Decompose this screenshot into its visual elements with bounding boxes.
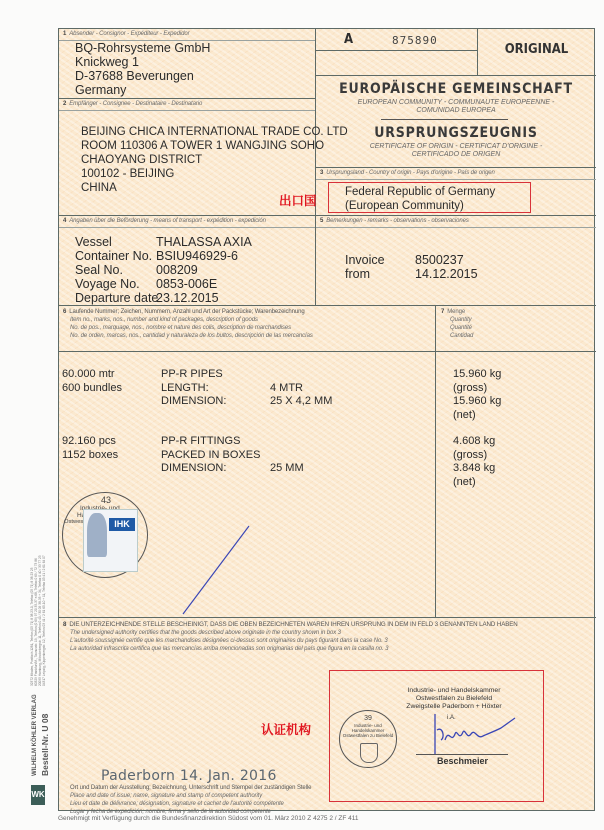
box-consignor: 1Absender - Consignor - Expéditeur - Exp… [59, 29, 316, 99]
transport-key: Vessel [75, 235, 112, 249]
ihk-figure-icon [87, 513, 107, 557]
box-consignor-label: 1Absender - Consignor - Expéditeur - Exp… [63, 31, 189, 37]
box-remarks-label: 5Bemerkungen - remarks - observations - … [320, 218, 469, 224]
consignor-line: Knickweg 1 [75, 55, 139, 69]
doc-subtitle: CERTIFICATE OF ORIGIN - CERTIFICAT D'ORI… [316, 143, 596, 151]
box-transport: 4Angaben über die Beförderung - means of… [59, 216, 316, 306]
publisher-addresses: 32372 Minden, Postfach 1281, Telefon (05… [30, 555, 46, 686]
cert-statement-fr: L'autorité soussignée certifie que les m… [70, 638, 388, 644]
cancel-stroke [179, 522, 254, 617]
signature-line [416, 754, 508, 755]
goods-weight: 3.848 kg [453, 462, 495, 475]
goods-spec-value: 25 X 4,2 MM [270, 395, 332, 408]
box-goods-label: Item no., marks, nos., number and kind o… [70, 317, 258, 323]
box-goods-label: 6Laufende Nummer; Zeichen, Nummern, Anza… [63, 309, 305, 315]
box-quantity-label: 7Menge [441, 309, 465, 315]
authority-seal: 39 Industrie- und Handelskammer Ostwestf… [339, 710, 397, 768]
cert-statement-es: La autoridad infrascrita certifica que l… [70, 646, 388, 652]
certificate-number: 875890 [392, 34, 438, 47]
annotation-export-country: 出口国 [279, 191, 317, 209]
place-and-date-stamp: Paderborn 14. Jan. 2016 [101, 768, 277, 784]
signature-caption: Ort und Datum der Ausstellung; Bezeichnu… [70, 785, 311, 791]
annotation-highlight-country [328, 182, 531, 213]
transport-key: Voyage No. [75, 277, 140, 291]
goods-description: PACKED IN BOXES [161, 449, 260, 462]
consignee-line: CHINA [81, 181, 117, 195]
cert-statement-de: 8DIE UNTERZEICHNENDE STELLE BESCHEINIGT,… [63, 621, 518, 628]
goods-spec-key: LENGTH: [161, 382, 209, 395]
transport-value: THALASSA AXIA [156, 235, 252, 249]
seal-number: 39 [340, 715, 396, 722]
goods-spec-key: DIMENSION: [161, 462, 226, 475]
goods-weight: (gross) [453, 449, 487, 462]
annotation-certifying-authority: 认证机构 [261, 720, 311, 738]
publisher-logo: WK [31, 785, 45, 805]
goods-weight: (net) [453, 409, 476, 422]
box-country-label: 3Ursprungsland - Country of origin - Pay… [320, 170, 495, 176]
box-quantity-label: Cantidad [450, 333, 473, 339]
goods-quantity: 600 bundles [62, 382, 122, 395]
approval-footer: Genehmigt mit Verfügung durch die Bundes… [58, 815, 359, 822]
box-goods-label: No. de orden, marcas, nos., cantidad y n… [70, 333, 313, 339]
goods-quantity: 92.160 pcs [62, 435, 116, 448]
transport-key: Container No. [75, 249, 152, 263]
box-goods-body: 60.000 mtr600 bundlesPP-R PIPESLENGTH:4 … [59, 352, 436, 618]
goods-weight: 15.960 kg [453, 368, 501, 381]
title-subtitle: EUROPEAN COMMUNITY - COMMUNAUTE EUROPEEN… [316, 99, 596, 107]
goods-description: PP-R PIPES [161, 368, 223, 381]
goods-spec-value: 25 MM [270, 462, 304, 475]
publisher-order-number: Bestell-Nr. U 08 [40, 714, 50, 776]
title-divider [381, 119, 508, 120]
authority-line: Industrie- und Handelskammer [394, 687, 514, 695]
box-quantity-label: Quantity [450, 317, 472, 323]
consignor-line: Germany [75, 83, 126, 97]
coat-of-arms-icon [360, 743, 378, 763]
title-subtitle: COMUNIDAD EUROPEA [316, 107, 596, 115]
box-goods-header: 6Laufende Nummer; Zeichen, Nummern, Anza… [59, 306, 436, 352]
goods-spec-value: 4 MTR [270, 382, 303, 395]
cert-statement-en: The undersigned authority certifies that… [70, 630, 341, 636]
transport-value: 0853-006E [156, 277, 217, 291]
invoice-date: 14.12.2015 [415, 267, 478, 281]
goods-quantity: 60.000 mtr [62, 368, 115, 381]
authority-stamp-text: Industrie- und Handelskammer Ostwestfale… [394, 687, 514, 711]
transport-value: 23.12.2015 [156, 291, 219, 305]
consignee-line: ROOM 110306 A TOWER 1 WANGJING SOHO [81, 139, 324, 153]
original-box [316, 51, 478, 75]
seal-text: Industrie- und Handelskammer Ostwestfale… [340, 723, 396, 738]
goods-weight: (net) [453, 476, 476, 489]
box-transport-label: 4Angaben über die Beförderung - means of… [63, 218, 266, 224]
remarks-key: from [345, 267, 370, 281]
box-quantity-body: 15.960 kg(gross)15.960 kg(net)4.608 kg(g… [436, 352, 596, 618]
transport-key: Departure date [75, 291, 158, 305]
certificate-form: 1Absender - Consignor - Expéditeur - Exp… [58, 28, 595, 811]
certificate-number-box: A 875890 [316, 29, 478, 51]
goods-quantity: 1152 boxes [62, 449, 118, 462]
transport-key: Seal No. [75, 263, 123, 277]
box-quantity-label: Quantité [450, 325, 472, 331]
box-goods-label: No. de pos., marquage, nos., nombre et n… [70, 325, 291, 331]
box-consignee-label: 2Empfänger - Consignee - Destinataire - … [63, 101, 202, 107]
box-consignee: 2Empfänger - Consignee - Destinataire - … [59, 99, 316, 216]
signature-caption: Place and date of issue; name, signature… [70, 793, 262, 799]
remarks-key: Invoice [345, 253, 385, 267]
ihk-stamp-number: 43 [101, 495, 111, 505]
box-remarks: 5Bemerkungen - remarks - observations - … [316, 216, 596, 306]
invoice-number: 8500237 [415, 253, 464, 267]
title-block: EUROPÄISCHE GEMEINSCHAFT EUROPEAN COMMUN… [316, 75, 596, 168]
consignor-line: D-37688 Beverungen [75, 69, 194, 83]
box-certification: 8DIE UNTERZEICHNENDE STELLE BESCHEINIGT,… [59, 618, 596, 812]
goods-weight: (gross) [453, 382, 487, 395]
signature-caption: Lieu et date de délivrance; désignation,… [70, 801, 284, 807]
transport-value: BSIU946929-6 [156, 249, 238, 263]
ihk-logo-sticker: IHK [83, 509, 138, 572]
original-label: ORIGINAL [478, 42, 595, 57]
authority-line: Ostwestfalen zu Bielefeld [394, 695, 514, 703]
title-certificate-of-origin: URSPRUNGSZEUGNIS [316, 125, 596, 141]
goods-description: PP-R FITTINGS [161, 435, 240, 448]
doc-subtitle: CERTIFICADO DE ORIGEN [316, 151, 596, 159]
signature [429, 710, 524, 760]
goods-weight: 4.608 kg [453, 435, 495, 448]
series-letter: A [344, 32, 353, 47]
consignor-line: BQ-Rohrsysteme GmbH [75, 41, 210, 55]
goods-spec-key: DIMENSION: [161, 395, 226, 408]
consignee-line: 100102 - BEIJING [81, 167, 174, 181]
signatory-name: Beschmeier [437, 756, 488, 766]
consignee-line: CHAOYANG DISTRICT [81, 153, 202, 167]
transport-value: 008209 [156, 263, 198, 277]
title-european-community: EUROPÄISCHE GEMEINSCHAFT [316, 81, 596, 97]
publisher-name: WILHELM KÖHLER VERLAG [32, 694, 38, 776]
goods-weight: 15.960 kg [453, 395, 501, 408]
consignee-line: BEIJING CHICA INTERNATIONAL TRADE CO. LT… [81, 125, 348, 139]
box-quantity-header: 7Menge Quantity Quantité Cantidad [436, 306, 596, 352]
ihk-logo: IHK [109, 518, 135, 531]
